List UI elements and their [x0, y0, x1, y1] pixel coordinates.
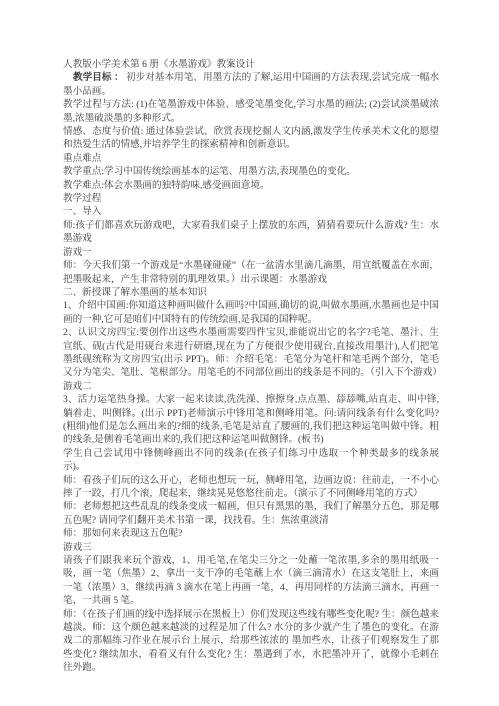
paragraph-text: 师：老师想把这些乱乱的线条变成一幅画，但只有黑黑的墨，我们了解墨分五色，那是哪五…: [63, 501, 439, 525]
paragraph-text: 游戏三: [63, 542, 92, 553]
paragraph-text: 师：那如何来表现这五色呢?: [63, 528, 182, 539]
paragraph-text: 师：看孩子们玩的这么开心，老师也想玩一玩，侧峰用笔，边画边说：往前走，一不小心摔…: [63, 475, 439, 499]
paragraph: 一、导入: [63, 205, 439, 218]
paragraph-text: 师：今天我们第一个游戏是“水墨碰碰碰”（在一盆清水里滴几滴墨，用宣纸覆盖在水面，…: [63, 260, 439, 284]
paragraph: 师:孩子们都喜欢玩游戏吧，大家看我们桌子上摆放的东西，猜猜看要玩什么游戏? 生：…: [63, 219, 439, 246]
paragraph: 教学过程与方法: (1)在笔墨游戏中体验、感受笔墨变化,学习水墨的画法; (2)…: [63, 98, 439, 125]
paragraph: 2、认识文房四宝:要创作出这些水墨画需要四件宝贝,谁能说出它的名字?毛笔、墨汁、…: [63, 326, 439, 380]
paragraph-text: 请孩子们跟我来玩个游戏，1、用毛笔,在笔尖三分之一处蘸一笔浓墨,多余的墨用纸吸一…: [63, 555, 439, 606]
text-block: 人教版小学美术第 6 册《水墨游戏》教案设计 教学目标 ： 初步对基本用笔、用墨…: [63, 58, 439, 675]
document-page: 人教版小学美术第 6 册《水墨游戏》教案设计 教学目标 ： 初步对基本用笔、用墨…: [0, 0, 499, 706]
paragraph-text: 教学过程与方法: (1)在笔墨游戏中体验、感受笔墨变化,学习水墨的画法; (2)…: [63, 99, 439, 123]
paragraph: 重点难点: [63, 152, 439, 165]
paragraph: 请孩子们跟我来玩个游戏，1、用毛笔,在笔尖三分之一处蘸一笔浓墨,多余的墨用纸吸一…: [63, 554, 439, 608]
paragraph: 游戏二: [63, 380, 439, 393]
paragraph-text: 学生自己尝试用中锋侧峰画出不同的线条(在孩子们练习中选取一个种类最多的线条展示)…: [63, 448, 439, 472]
paragraph: 教学难点:体会水墨画的独特韵味,感受画面意境。: [63, 179, 439, 192]
paragraph-text: 教学重点:学习中国传统绘画基本的运笔、用墨方法,表现墨色的变化。: [63, 166, 356, 177]
paragraph-text: 游戏一: [63, 247, 92, 258]
paragraph: 师：看孩子们玩的这么开心，老师也想玩一玩，侧峰用笔，边画边说：往前走，一不小心摔…: [63, 474, 439, 501]
paragraph-bold: 教学目标 ：: [73, 72, 124, 83]
paragraph-text: 教学难点:体会水墨画的独特韵味,感受画面意境。: [63, 180, 270, 191]
paragraph: 师：老师想把这些乱乱的线条变成一幅画，但只有黑黑的墨，我们了解墨分五色，那是哪五…: [63, 500, 439, 527]
paragraph: 教学目标 ： 初步对基本用笔、用墨方法的了解,运用中国画的方法表现,尝试完成一幅…: [63, 71, 439, 98]
paragraph: 师：那如何来表现这五色呢?: [63, 527, 439, 540]
paragraph: 师：今天我们第一个游戏是“水墨碰碰碰”（在一盆清水里滴几滴墨，用宣纸覆盖在水面，…: [63, 259, 439, 286]
paragraph-text: 二、新授课了解水墨画的基本知识: [63, 287, 207, 298]
paragraph: 学生自己尝试用中锋侧峰画出不同的线条(在孩子们练习中选取一个种类最多的线条展示)…: [63, 447, 439, 474]
paragraph: 游戏三: [63, 541, 439, 554]
paragraph: 3、活力运笔热身操。大家一起来读读,洗洗澡、擦擦身,点点墨、舔舔嘴,站直走、叫中…: [63, 393, 439, 447]
paragraph-text: 情感、态度与价值: 通过体验尝试、欣赏表现挖掘人文内涵,激发学生传承美术文化的愿…: [63, 126, 439, 150]
paragraph: 情感、态度与价值: 通过体验尝试、欣赏表现挖掘人文内涵,激发学生传承美术文化的愿…: [63, 125, 439, 152]
paragraph-text: 1、介绍中国画:你知道这种画叫做什么画吗?中国画,确切的说,叫做水墨画,水墨画也…: [63, 300, 439, 324]
document-title: 人教版小学美术第 6 册《水墨游戏》教案设计: [63, 58, 439, 71]
paragraph-text: 重点难点: [63, 153, 101, 164]
paragraph-text: 游戏二: [63, 381, 92, 392]
paragraph-text: 教学过程: [63, 193, 101, 204]
paragraph-text: 2、认识文房四宝:要创作出这些水墨画需要四件宝贝,谁能说出它的名字?毛笔、墨汁、…: [63, 327, 442, 378]
paragraph-text: 师：（在孩子们画的线中选择展示在黑板上）你们发现这些线有哪些变化呢? 生：颜色越…: [63, 609, 439, 674]
paragraph-text: 3、活力运笔热身操。大家一起来读读,洗洗澡、擦擦身,点点墨、舔舔嘴,站直走、叫中…: [63, 394, 439, 445]
paragraph: 1、介绍中国画:你知道这种画叫做什么画吗?中国画,确切的说,叫做水墨画,水墨画也…: [63, 299, 439, 326]
paragraph: 教学过程: [63, 192, 439, 205]
paragraph-text: 一、导入: [63, 206, 101, 217]
paragraph: 教学重点:学习中国传统绘画基本的运笔、用墨方法,表现墨色的变化。: [63, 165, 439, 178]
paragraph: 二、新授课了解水墨画的基本知识: [63, 286, 439, 299]
paragraph: 师：（在孩子们画的线中选择展示在黑板上）你们发现这些线有哪些变化呢? 生：颜色越…: [63, 608, 439, 675]
paragraph-text: 师:孩子们都喜欢玩游戏吧，大家看我们桌子上摆放的东西，猜猜看要玩什么游戏? 生：…: [63, 220, 439, 244]
paragraph: 游戏一: [63, 246, 439, 259]
